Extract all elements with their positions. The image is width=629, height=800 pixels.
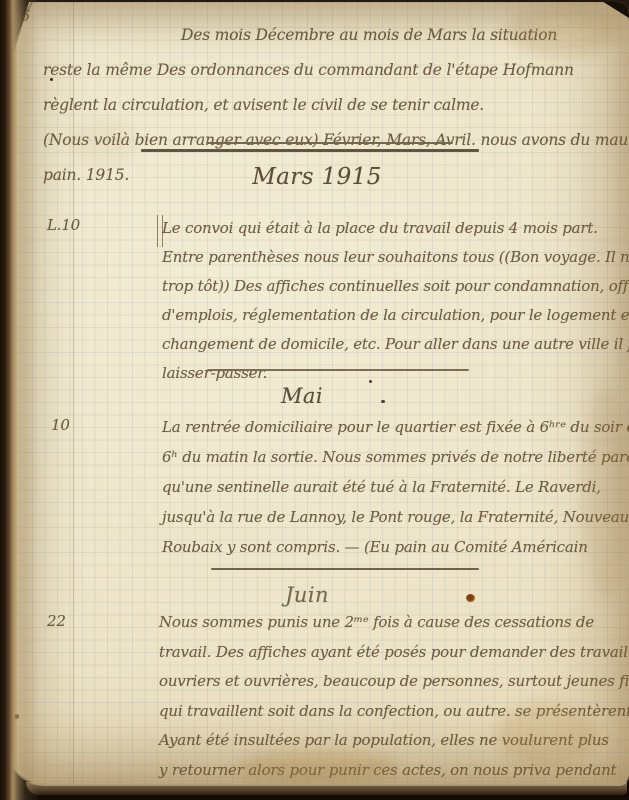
- photographed-journal: 6 Des mois Décembre au mois de Mars la s…: [0, 0, 629, 800]
- page-vignette: [7, 2, 629, 784]
- journal-page: 6 Des mois Décembre au mois de Mars la s…: [7, 2, 629, 784]
